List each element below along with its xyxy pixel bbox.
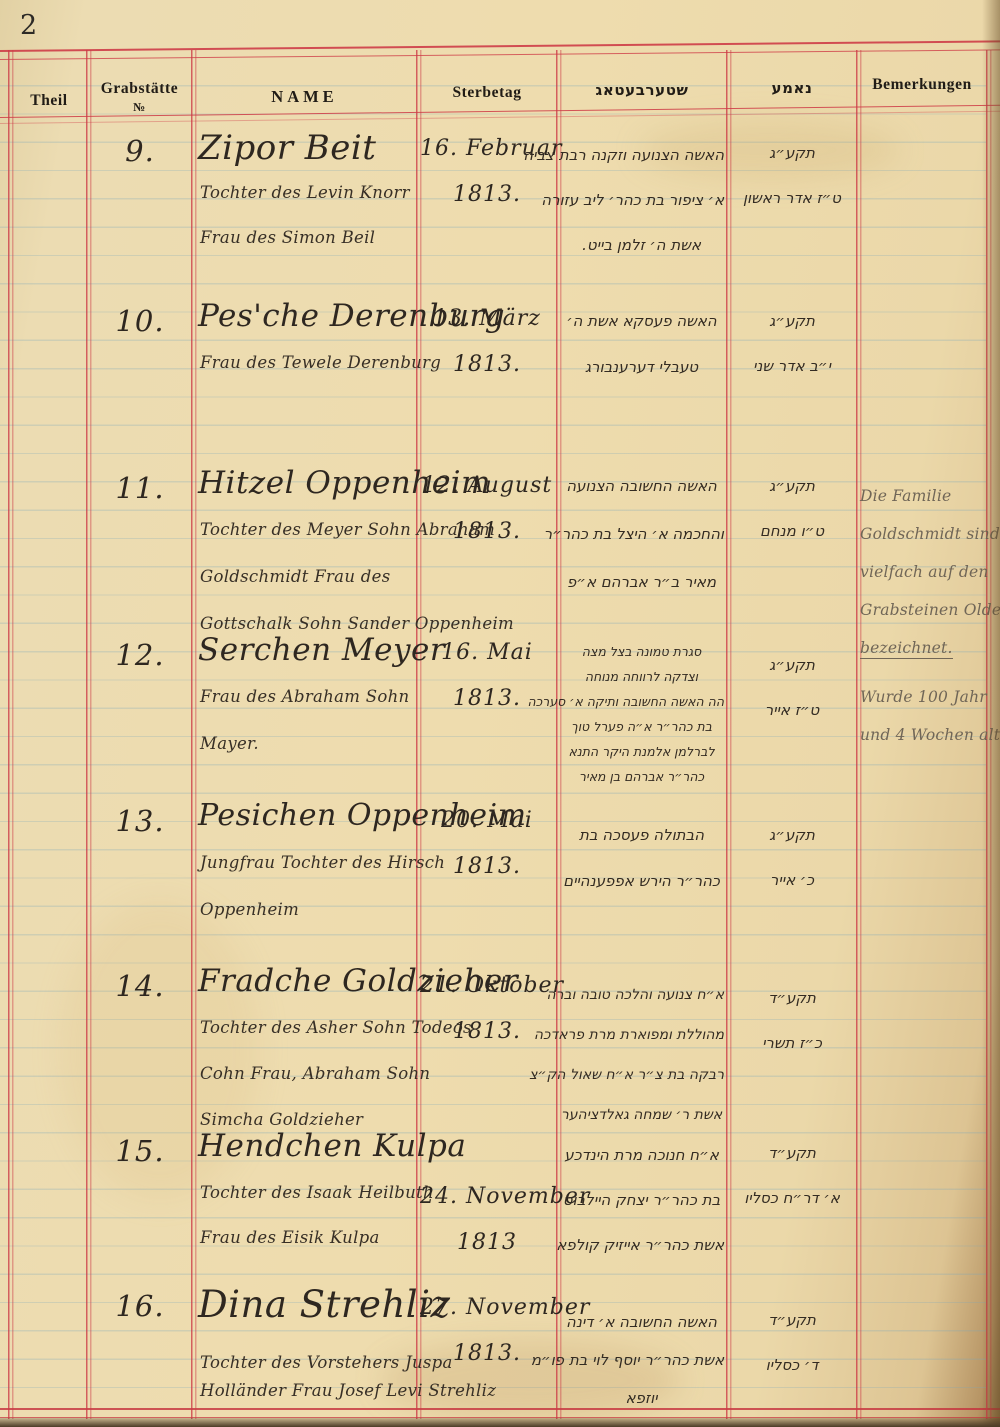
hebrew-inscription: יוזפא <box>559 1389 724 1407</box>
hebrew-date: תקע״ד <box>729 1144 855 1162</box>
table-top-rule <box>0 40 1000 60</box>
grave-number: 14. <box>90 969 190 1003</box>
death-date: 13. März <box>420 306 554 331</box>
name-detail: Mayer. <box>200 734 259 753</box>
header-grabstaette-label: Grabstätte <box>101 80 178 97</box>
hebrew-date: י״ב אדר שני <box>729 357 855 375</box>
hebrew-date: תקע״ג <box>729 477 855 495</box>
name-detail: Tochter des Vorstehers Juspa <box>200 1353 453 1372</box>
hebrew-date: א׳ דר״ח כסליו <box>729 1189 855 1207</box>
hebrew-date: כ״ז תשרי <box>729 1034 855 1052</box>
grave-number: 10. <box>90 304 190 338</box>
remark-line: Goldschmidt sind <box>860 525 1000 543</box>
hebrew-inscription: האשה הצנועה וזקנה רבת צביה <box>559 146 724 164</box>
table-bottom-rule <box>0 1408 1000 1418</box>
name-detail: Cohn Frau, Abraham Sohn <box>200 1064 430 1083</box>
name-detail: Frau des Eisik Kulpa <box>200 1228 380 1247</box>
hebrew-date: ט״ז אייר <box>729 701 855 719</box>
column-rule <box>191 50 197 1419</box>
column-rule <box>8 50 14 1419</box>
hebrew-inscription: לברלמן אלמנת היקר התנא <box>559 744 724 759</box>
name-detail: Frau des Abraham Sohn <box>200 687 409 706</box>
column-rule <box>556 50 562 1419</box>
page-number: 2 <box>20 10 37 41</box>
hebrew-inscription: סגרת טמונה בצל מצה <box>559 644 724 659</box>
name-main: Serchen Meyer <box>198 632 445 668</box>
hebrew-inscription: רבקה בת צ״ר א״ח שאול הק״צ <box>559 1067 724 1083</box>
hebrew-date: כ׳ אייר <box>729 871 855 889</box>
grave-number: 16. <box>90 1289 190 1323</box>
hebrew-date: תקע״ג <box>729 144 855 162</box>
hebrew-inscription: מהוללת ומפוארת מרת פראדכה <box>559 1027 724 1043</box>
hebrew-inscription: הה האשה החשובה ותיקה א׳ סערכה <box>559 694 724 709</box>
hebrew-date: תקע״ד <box>729 1311 855 1329</box>
name-detail: Gottschalk Sohn Sander Oppenheim <box>200 614 514 633</box>
hebrew-inscription: האשה החשובה הצנועה <box>559 477 724 495</box>
hebrew-inscription: הבתולה פעסכה בת <box>559 826 724 844</box>
death-date: 27. November <box>420 1295 554 1320</box>
name-detail: Frau des Simon Beil <box>200 228 375 247</box>
death-date: 20. Mai <box>420 808 554 833</box>
remark-line: Wurde 100 Jahr <box>860 688 987 706</box>
grave-number: 11. <box>90 471 190 505</box>
header-sterbetag-hebrew: שטערבעטאג <box>558 82 726 99</box>
hebrew-inscription: א׳ ציפור בת כהר׳ ליב עזורה <box>559 191 724 209</box>
hebrew-inscription: וצדקה לרווחה מנוחה <box>559 669 724 684</box>
hebrew-inscription: כהר״ר אברהם בן מאיר <box>559 769 724 784</box>
header-grabstaette: Grabstätte № <box>88 80 191 116</box>
column-rule <box>726 50 732 1419</box>
header-bemerkungen: Bemerkungen <box>858 76 986 93</box>
page-edge-shadow <box>982 0 1000 1427</box>
hebrew-inscription: בת כהר״ר א״ה פערל טוך <box>559 719 724 734</box>
death-date: 1813. <box>420 352 554 377</box>
hebrew-inscription: טעבלי דערענבורג <box>559 358 724 376</box>
name-detail: Simcha Goldzieher <box>200 1110 363 1129</box>
header-sterbetag: Sterbetag <box>418 84 556 101</box>
hebrew-inscription: א״ח חנוכה מרת הינדכע <box>559 1146 724 1164</box>
hebrew-inscription: האשה פעסקא אשת ה׳ <box>559 312 724 330</box>
grave-number: 13. <box>90 804 190 838</box>
hebrew-inscription: והחכמה א׳ היצל בת כהר״ר <box>559 525 724 543</box>
hebrew-inscription: אשת ה׳ זלמן בייט. <box>559 236 724 254</box>
hebrew-date: תקע״ג <box>729 312 855 330</box>
header-name: NAME <box>193 88 416 105</box>
death-date: 1813. <box>420 182 554 207</box>
hebrew-date: ט״ו מנחם <box>729 522 855 540</box>
name-detail: Goldschmidt Frau des <box>200 567 391 586</box>
remark-line: Grabsteinen Oldenbu. <box>860 601 1000 619</box>
column-rule <box>86 50 92 1419</box>
header-theil: Theil <box>12 92 86 109</box>
grave-number: 9. <box>90 134 190 168</box>
name-main: Dina Strehliz <box>198 1283 450 1326</box>
hebrew-inscription: אשת כהר״ר אייזיק קולפא <box>559 1236 724 1254</box>
death-date: 21. Oktober <box>420 973 554 998</box>
hebrew-date: ד׳ כסליו <box>729 1356 855 1374</box>
hebrew-date: תקע״ד <box>729 989 855 1007</box>
hebrew-date: תקע״ג <box>729 826 855 844</box>
death-date: 1813. <box>420 854 554 879</box>
hebrew-inscription: אשת כהר״ר יוסף לוי בת פו״מ <box>559 1351 724 1369</box>
remark-line: und 4 Wochen alt. <box>860 726 1000 744</box>
death-date: 16. Mai <box>420 640 554 665</box>
remark-line: Die Familie <box>860 487 951 505</box>
death-date: 1813 <box>420 1230 554 1255</box>
name-detail: Oppenheim <box>200 900 299 919</box>
header-grabstaette-no: № <box>88 99 191 116</box>
hebrew-inscription: האשה החשובה א׳ דינה <box>559 1313 724 1331</box>
hebrew-inscription: א״ח צנועה והלכה טובה וברה <box>559 987 724 1003</box>
page-bottom-shadow <box>0 1418 1000 1427</box>
remark-line: bezeichnet. <box>860 639 953 659</box>
hebrew-inscription: כהר״ר הירש אפפענהיים <box>559 872 724 890</box>
header-name-hebrew: נאמע <box>728 80 856 97</box>
column-rule <box>416 50 422 1419</box>
name-detail: Jungfrau Tochter des Hirsch <box>200 853 445 872</box>
hebrew-date: תקע״ג <box>729 656 855 674</box>
death-date: 24. November <box>420 1184 554 1209</box>
death-date: 1813. <box>420 519 554 544</box>
death-date: 12. August <box>420 473 554 498</box>
name-detail: Holländer Frau Josef Levi Strehliz <box>200 1381 496 1400</box>
hebrew-inscription: אשת ר׳ שמחה גאלדציהער <box>559 1107 724 1123</box>
remark-line: vielfach auf den <box>860 563 989 581</box>
name-detail: Tochter des Levin Knorr <box>200 183 410 202</box>
name-detail: Frau des Tewele Derenburg <box>200 353 441 372</box>
grave-number: 15. <box>90 1134 190 1168</box>
grave-number: 12. <box>90 638 190 672</box>
name-main: Hendchen Kulpa <box>198 1128 466 1164</box>
hebrew-inscription: מאיר ב״ר אברהם א״פ <box>559 573 724 591</box>
hebrew-inscription: בת כהר״ר יצחק היילבוט <box>559 1191 724 1209</box>
register-page: 2 Theil Grabstätte № NAME Sterbetag שטער… <box>0 0 1000 1427</box>
name-detail: Tochter des Isaak Heilbuth <box>200 1183 434 1202</box>
name-main: Zipor Beit <box>198 128 376 168</box>
hebrew-date: ט״ז אדר ראשון <box>729 189 855 207</box>
